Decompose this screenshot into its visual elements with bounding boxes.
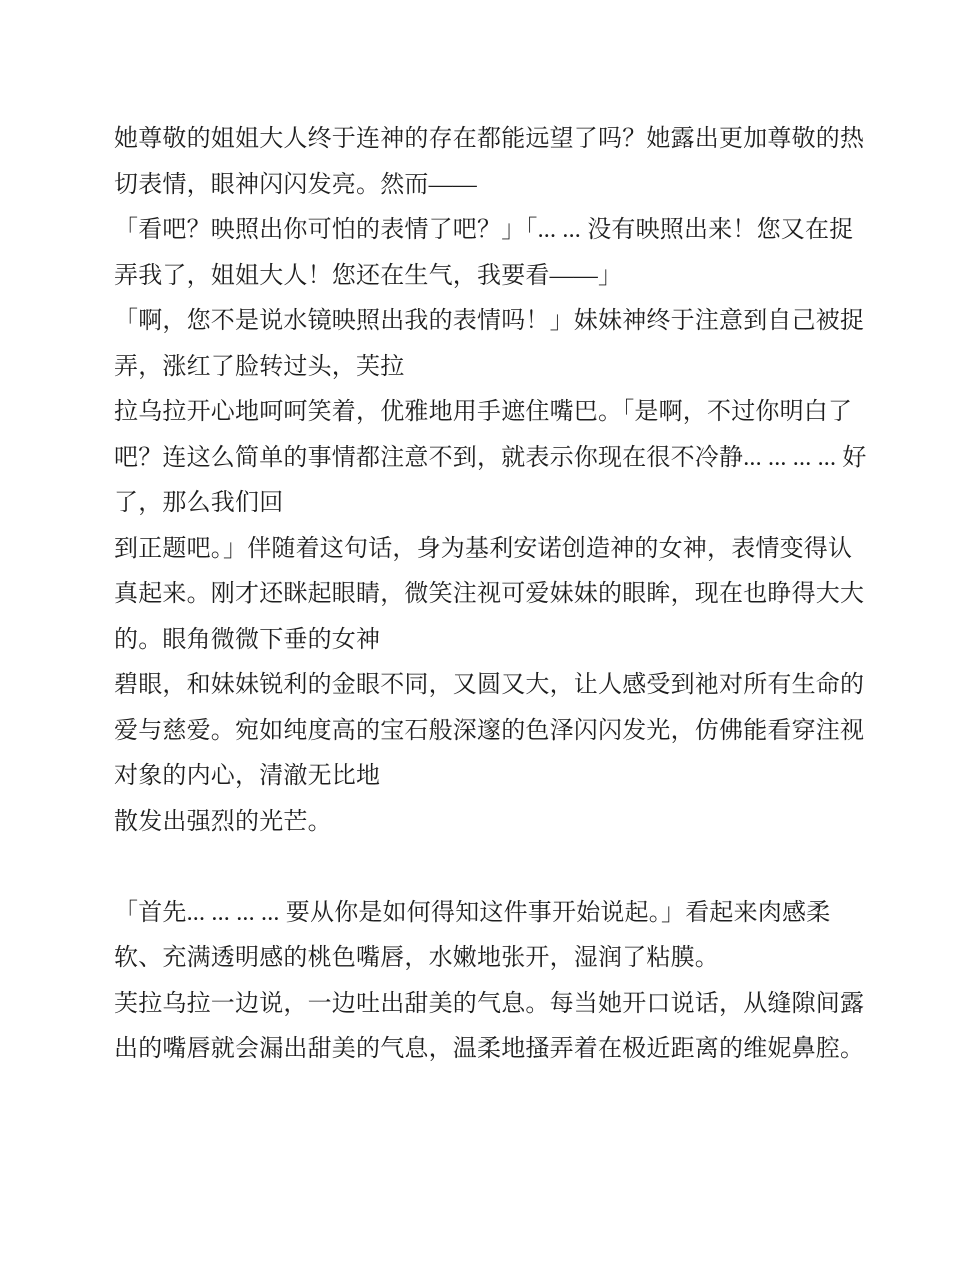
text-line	[114, 845, 874, 891]
text-line: 芙拉乌拉一边说，一边吐出甜美的气息。每当她开口说话，从缝隙间露	[114, 982, 874, 1028]
text-line: 软、充满透明感的桃色嘴唇，水嫩地张开，湿润了粘膜。	[114, 936, 874, 982]
text-line: 了，那么我们回	[114, 481, 874, 527]
text-line: 出的嘴唇就会漏出甜美的气息，温柔地搔弄着在极近距离的维妮鼻腔。	[114, 1027, 874, 1073]
text-line: 散发出强烈的光芒。	[114, 800, 874, 846]
text-line: 「啊，您不是说水镜映照出我的表情吗！」妹妹神终于注意到自己被捉	[114, 299, 874, 345]
text-line: 「首先... ... ... ... 要从你是如何得知这件事开始说起。」看起来肉…	[114, 891, 874, 937]
text-line: 碧眼，和妹妹锐利的金眼不同，又圆又大，让人感受到祂对所有生命的	[114, 663, 874, 709]
text-line: 真起来。刚才还眯起眼睛，微笑注视可爱妹妹的眼眸，现在也睁得大大	[114, 572, 874, 618]
text-line: 切表情，眼神闪闪发亮。然而——	[114, 163, 874, 209]
text-line: 她尊敬的姐姐大人终于连神的存在都能远望了吗？她露出更加尊敬的热	[114, 117, 874, 163]
text-line: 吧？连这么简单的事情都注意不到，就表示你现在很不冷静... ... ... ..…	[114, 436, 874, 482]
text-line: 弄，涨红了脸转过头，芙拉	[114, 345, 874, 391]
document-page: 她尊敬的姐姐大人终于连神的存在都能远望了吗？她露出更加尊敬的热切表情，眼神闪闪发…	[0, 0, 979, 1268]
text-block: 她尊敬的姐姐大人终于连神的存在都能远望了吗？她露出更加尊敬的热切表情，眼神闪闪发…	[114, 117, 874, 1073]
text-line: 爱与慈爱。宛如纯度高的宝石般深邃的色泽闪闪发光，仿佛能看穿注视	[114, 709, 874, 755]
text-line: 拉乌拉开心地呵呵笑着，优雅地用手遮住嘴巴。「是啊，不过你明白了	[114, 390, 874, 436]
text-line: 到正题吧。」伴随着这句话，身为基利安诺创造神的女神，表情变得认	[114, 527, 874, 573]
text-line: 弄我了，姐姐大人！您还在生气，我要看——」	[114, 254, 874, 300]
text-line: 对象的内心，清澈无比地	[114, 754, 874, 800]
text-line: 的。眼角微微下垂的女神	[114, 618, 874, 664]
text-line: 「看吧？映照出你可怕的表情了吧？」「... ... 没有映照出来！您又在捉	[114, 208, 874, 254]
